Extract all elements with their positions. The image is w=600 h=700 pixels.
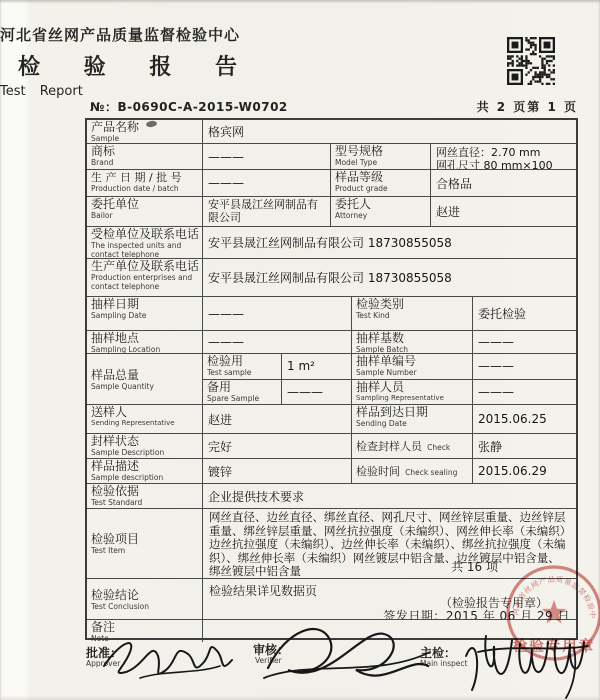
row-sample-quantity: 样品总量 Sample Quantity 检验用 Test sample 1 m… — [87, 354, 576, 405]
check-sealing-time-label: 检验时间 Check sealing sample time — [352, 459, 473, 483]
sample-batch-label: 抽样基数 Sample Batch — [352, 331, 473, 353]
verifier-label-en: Verifier — [255, 656, 282, 665]
sample-quantity-subgrid: 检验用 Test sample 1 m² 抽样单编号 Sample Number… — [203, 354, 576, 404]
test-item-count: 共 16 项 — [451, 558, 498, 575]
production-unit-label: 生产单位及联系电话 Production enterprises and con… — [87, 259, 203, 296]
production-date-value: ——— — [203, 170, 331, 196]
seal-state-label: 封样状态 Sample Description — [87, 434, 203, 458]
attorney-label: 委托人 Attorney — [331, 197, 431, 226]
test-standard-label: 检验依据 Test Standard — [87, 484, 203, 508]
model-type-label: 型号规格 Model Type — [331, 144, 431, 169]
bailor-label: 委托单位 Bailor — [87, 197, 203, 226]
sample-batch-value: ——— — [473, 331, 576, 353]
row-seal-state: 封样状态 Sample Description 完好 检查封样人员 Check … — [87, 434, 576, 459]
inspected-unit-value: 安平县晟江丝网制品有限公司 18730855058 — [203, 227, 576, 258]
test-sample-label: 检验用 Test sample — [203, 354, 282, 379]
check-sealing-personnel-label: 检查封样人员 Check sealing sample personnel — [352, 434, 473, 458]
row-production-unit: 生产单位及联系电话 Production enterprises and con… — [87, 259, 576, 297]
row-product: 产品名称 Sample 格宾网 — [87, 120, 576, 144]
test-item-label: 检验项目 Test Item — [87, 509, 203, 578]
inspection-stamp: 河北省丝网产品质量监督检验中心 检验专用章 — [494, 556, 600, 676]
qr-code-icon — [505, 37, 557, 85]
product-grade-label: 样品等级 Product grade — [331, 170, 431, 196]
row-test-standard: 检验依据 Test Standard 企业提供技术要求 — [87, 484, 576, 509]
row-bailor-attorney: 委托单位 Bailor 安平县晟江丝网制品有限公司 委托人 Attorney 赵… — [87, 197, 576, 227]
attorney-value: 赵进 — [431, 197, 576, 226]
bailor-value: 安平县晟江丝网制品有限公司 — [203, 197, 331, 226]
sample-desc-value: 镀锌 — [203, 459, 352, 483]
sending-rep-value: 赵进 — [203, 405, 352, 433]
star-icon — [542, 600, 567, 624]
row-samplingdate-testkind: 抽样日期 Sampling Date ——— 检验类别 Test Kind 委托… — [87, 297, 576, 331]
sampling-location-label: 抽样地点 Sampling Location — [87, 331, 203, 353]
sending-rep-label: 送样人 Sending Representative — [87, 405, 203, 433]
report-number-line: №：B-0690C-A-2015-W0702 共 2 页第 1 页 — [90, 98, 578, 115]
sampling-rep-label: 抽样人员 Sampling Representative — [352, 380, 473, 405]
sending-date-label: 样品到达日期 Sending Date — [352, 405, 473, 433]
subrow-test-sample: 检验用 Test sample 1 m² 抽样单编号 Sample Number… — [203, 354, 576, 380]
spare-sample-value: ——— — [282, 380, 352, 405]
test-kind-value: 委托检验 — [473, 297, 576, 330]
check-sealing-time-value: 2015.06.29 — [473, 459, 576, 483]
sample-quantity-label: 样品总量 Sample Quantity — [87, 354, 203, 404]
inspected-unit-label: 受检单位及联系电话 The inspected units and contac… — [87, 227, 203, 258]
test-sample-value: 1 m² — [282, 354, 352, 379]
page-indicator: 共 2 页第 1 页 — [477, 98, 578, 115]
row-sending: 送样人 Sending Representative 赵进 样品到达日期 Sen… — [87, 405, 576, 434]
sampling-rep-value: ——— — [473, 380, 576, 405]
test-conclusion-label: 检验结论 Test Conclusion — [87, 579, 203, 619]
sample-number-value: ——— — [473, 354, 576, 379]
sample-desc-label: 样品描述 Sample description — [87, 459, 203, 483]
note-label: 备注 Note — [87, 620, 203, 642]
production-unit-value: 安平县晟江丝网制品有限公司 18730855058 — [203, 259, 576, 296]
sending-date-value: 2015.06.25 — [473, 405, 576, 433]
product-label: 产品名称 Sample — [87, 120, 203, 143]
report-subtitle: Test Report — [0, 84, 600, 99]
sampling-location-value: ——— — [203, 331, 352, 353]
brand-value: ——— — [203, 144, 331, 169]
seal-state-value: 完好 — [203, 434, 352, 458]
approver-label-en: Approver — [86, 659, 120, 668]
product-grade-value: 合格品 — [431, 170, 576, 196]
check-sealing-personnel-value: 张静 — [473, 434, 576, 458]
stamp-bottom-text: 检验专用章 — [513, 637, 596, 655]
row-inspected-unit: 受检单位及联系电话 The inspected units and contac… — [87, 227, 576, 259]
sampling-date-value: ——— — [203, 297, 352, 330]
model-type-value: 网丝直径：2.70 mm 网孔尺寸 80 mm×100 mm — [431, 144, 576, 169]
test-standard-value: 企业提供技术要求 — [203, 484, 576, 508]
test-kind-label: 检验类别 Test Kind — [352, 297, 473, 330]
report-number: №：B-0690C-A-2015-W0702 — [90, 100, 288, 114]
row-location-batch: 抽样地点 Sampling Location ——— 抽样基数 Sample B… — [87, 331, 576, 354]
sampling-date-label: 抽样日期 Sampling Date — [87, 297, 203, 330]
brand-label: 商标 Brand — [87, 144, 203, 169]
sample-number-label: 抽样单编号 Sample Number — [352, 354, 473, 379]
row-brand-model: 商标 Brand ——— 型号规格 Model Type 网丝直径：2.70 m… — [87, 144, 576, 170]
row-proddate-grade: 生 产 日 期 / 批 号 Production date / batch ——… — [87, 170, 576, 197]
product-value: 格宾网 — [203, 120, 576, 143]
production-date-label: 生 产 日 期 / 批 号 Production date / batch — [87, 170, 203, 196]
main-inspect-label-en: Main inspect — [420, 659, 467, 668]
spare-sample-label: 备用 Spare Sample — [203, 380, 282, 405]
scanned-report-page: 河北省丝网产品质量监督检验中心 检 验 报 告 Test Report №：B-… — [0, 0, 600, 700]
subrow-spare-sample: 备用 Spare Sample ——— 抽样人员 Sampling Repres… — [203, 380, 576, 405]
row-sample-desc: 样品描述 Sample description 镀锌 检验时间 Check se… — [87, 459, 576, 484]
